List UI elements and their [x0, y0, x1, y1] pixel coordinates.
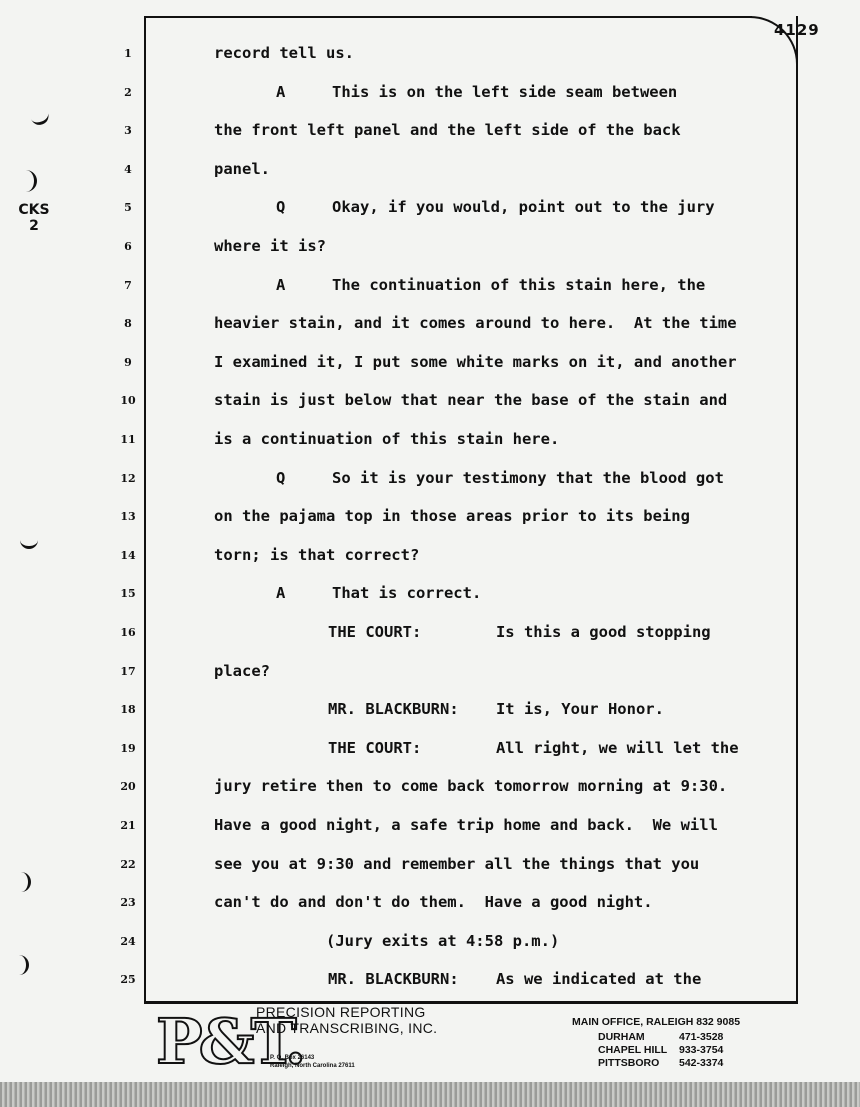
transcript-line: A The continuation of this stain here, t…	[276, 276, 705, 294]
office-city: PITTSBORO	[598, 1057, 679, 1070]
transcript-line: panel.	[214, 160, 270, 178]
office-phone: 471-3528	[679, 1031, 723, 1044]
office-row: DURHAM 471-3528	[598, 1031, 740, 1044]
transcript-line: (Jury exits at 4:58 p.m.)	[326, 932, 559, 950]
line-number: 18	[108, 703, 148, 716]
frame-top-border	[144, 16, 752, 18]
margin-bracket-icon	[16, 955, 29, 975]
line-number: 10	[108, 394, 148, 407]
transcript-line: record tell us.	[214, 44, 354, 62]
line-number: 20	[108, 780, 148, 793]
company-name: PRECISION REPORTING AND TRANSCRIBING, IN…	[256, 1004, 437, 1036]
office-row: CHAPEL HILL 933-3754	[598, 1044, 740, 1057]
line-number: 22	[108, 858, 148, 871]
main-office: MAIN OFFICE, RALEIGH 832 9085	[572, 1016, 740, 1029]
transcript-line: on the pajama top in those areas prior t…	[214, 507, 690, 525]
office-row: PITTSBORO 542-3374	[598, 1057, 740, 1070]
margin-number: 2	[14, 218, 54, 234]
line-number: 2	[108, 86, 148, 99]
transcript-line: THE COURT: Is this a good stopping	[328, 623, 711, 641]
office-phone: 933-3754	[679, 1044, 723, 1057]
office-list: MAIN OFFICE, RALEIGH 832 9085 DURHAM 471…	[572, 1016, 740, 1070]
transcript-line: can't do and don't do them. Have a good …	[214, 893, 653, 911]
line-number: 1	[108, 47, 148, 60]
margin-check-mark-icon	[27, 102, 51, 128]
transcript-line: the front left panel and the left side o…	[214, 121, 681, 139]
line-number: 3	[108, 124, 148, 137]
transcript-line: place?	[214, 662, 270, 680]
transcript-line: A That is correct.	[276, 584, 481, 602]
transcript-line: Q So it is your testimony that the blood…	[276, 469, 724, 487]
line-number: 19	[108, 742, 148, 755]
address-line1: P. O. Box 26143	[270, 1054, 355, 1062]
office-city: CHAPEL HILL	[598, 1044, 679, 1057]
line-number: 25	[108, 973, 148, 986]
transcript-line: THE COURT: All right, we will let the	[328, 739, 739, 757]
line-number: 15	[108, 587, 148, 600]
transcript-line: where it is?	[214, 237, 326, 255]
line-number: 8	[108, 317, 148, 330]
line-number: 11	[108, 433, 148, 446]
line-number: 14	[108, 549, 148, 562]
line-number: 4	[108, 163, 148, 176]
address-line2: Raleigh, North Carolina 27611	[270, 1062, 355, 1070]
company-logo: P&T.	[156, 1005, 264, 1079]
line-number: 5	[108, 201, 148, 214]
line-number: 7	[108, 279, 148, 292]
margin-bracket-icon	[24, 170, 37, 192]
office-phone: 542-3374	[679, 1057, 723, 1070]
transcript-line: torn; is that correct?	[214, 546, 419, 564]
line-number: 24	[108, 935, 148, 948]
margin-bracket-icon	[18, 872, 31, 892]
page-number: 4129	[774, 21, 820, 39]
line-number: 17	[108, 665, 148, 678]
transcript-line: jury retire then to come back tomorrow m…	[214, 777, 727, 795]
transcript-line: heavier stain, and it comes around to he…	[214, 314, 737, 332]
transcript-line: stain is just below that near the base o…	[214, 391, 727, 409]
transcript-line: is a continuation of this stain here.	[214, 430, 559, 448]
margin-check-mark-icon	[20, 528, 38, 549]
transcript-line: Q Okay, if you would, point out to the j…	[276, 198, 715, 216]
line-number: 16	[108, 626, 148, 639]
line-number: 21	[108, 819, 148, 832]
line-number: 13	[108, 510, 148, 523]
transcript-line: A This is on the left side seam between	[276, 83, 677, 101]
transcript-line: Have a good night, a safe trip home and …	[214, 816, 718, 834]
company-name-line1: PRECISION REPORTING	[256, 1004, 437, 1020]
line-number: 6	[108, 240, 148, 253]
transcript-line: MR. BLACKBURN: It is, Your Honor.	[328, 700, 664, 718]
office-city: DURHAM	[598, 1031, 679, 1044]
transcript-line: MR. BLACKBURN: As we indicated at the	[328, 970, 701, 988]
company-address: P. O. Box 26143 Raleigh, North Carolina …	[270, 1054, 355, 1070]
line-number: 9	[108, 356, 148, 369]
line-number: 12	[108, 472, 148, 485]
line-number: 23	[108, 896, 148, 909]
transcript-line: I examined it, I put some white marks on…	[214, 353, 737, 371]
company-name-line2: AND TRANSCRIBING, INC.	[256, 1020, 437, 1036]
transcript-line: see you at 9:30 and remember all the thi…	[214, 855, 699, 873]
scan-noise-strip	[0, 1082, 860, 1107]
margin-initials: CKS	[14, 202, 54, 218]
